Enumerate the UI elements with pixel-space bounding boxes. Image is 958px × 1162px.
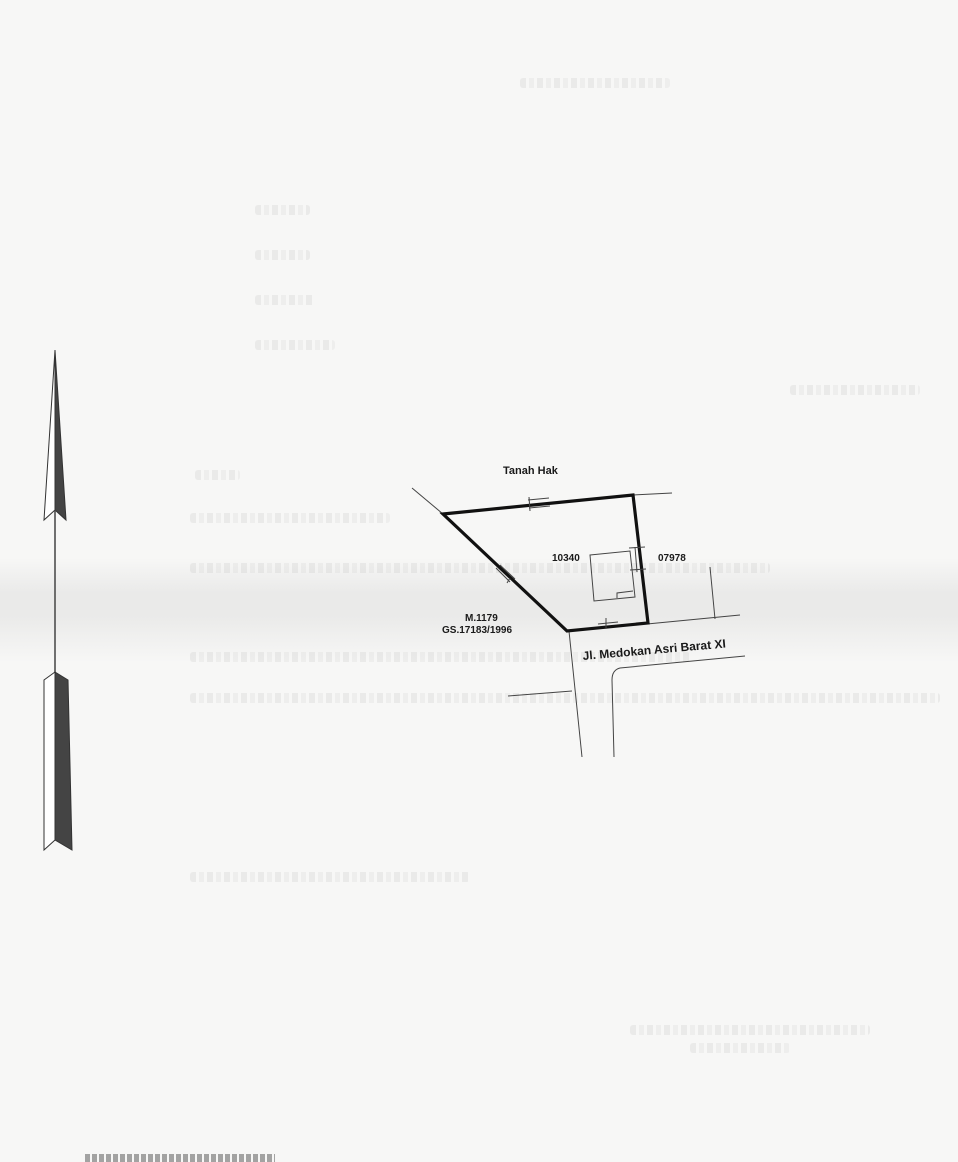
west-neighbor-certificate-label: GS.17183/1996 [442,625,512,636]
site-sketch: Tanah Hak 10340 07978 M.1179 GS.17183/19… [0,0,958,1162]
parcel-number-label: 10340 [552,553,580,564]
north-neighbor-label: Tanah Hak [503,465,559,477]
building-footprint [590,551,635,601]
north-arrow-icon [44,350,72,850]
east-neighbor-label: 07978 [658,553,686,564]
parcel-boundary [443,495,648,631]
road-lines [412,488,745,757]
west-neighbor-id-label: M.1179 [465,613,498,624]
street-name-label: Jl. Medokan Asri Barat XI [582,637,726,663]
footer-cut-off-text [85,1154,275,1162]
